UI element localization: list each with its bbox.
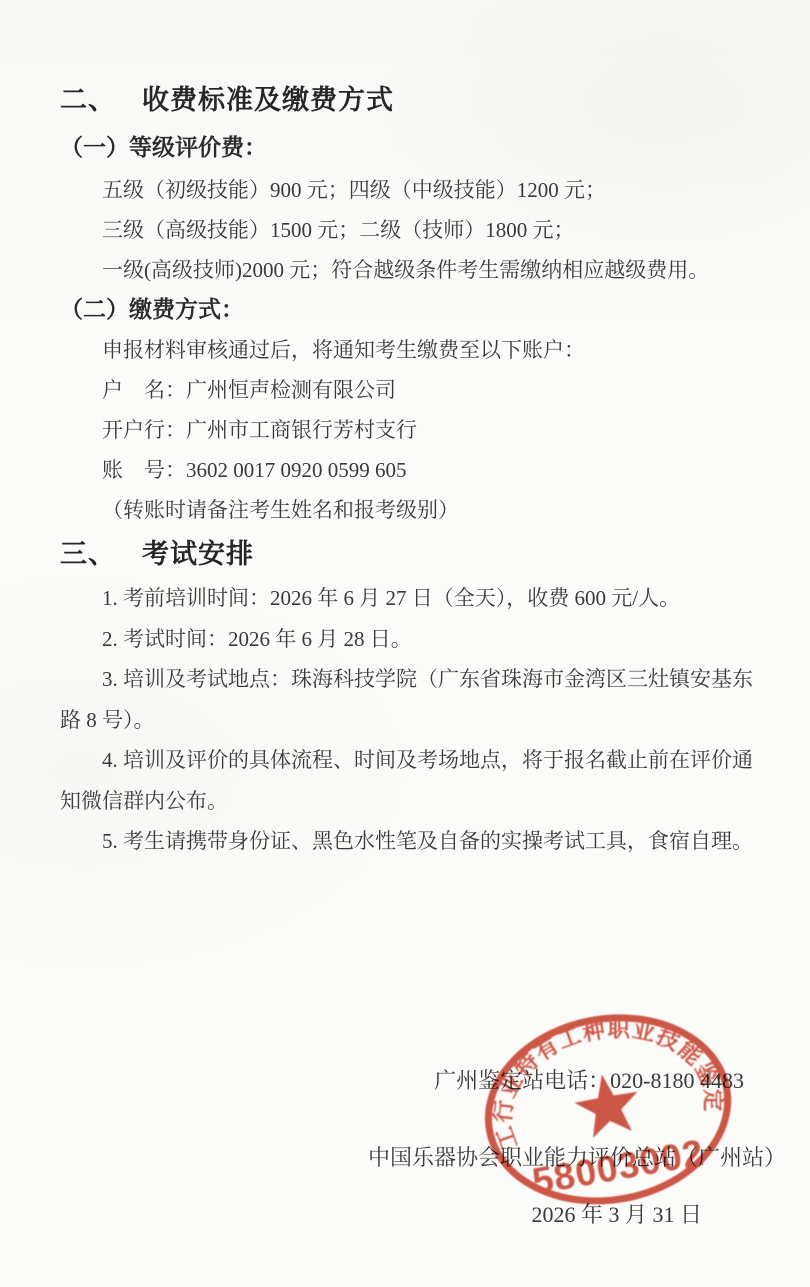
section-fees-title: 收费标准及缴费方式	[142, 85, 394, 115]
grade-fee-subheading: （一）等级评价费：	[60, 132, 760, 164]
bank-line: 开户行：广州市工商银行芳村支行	[60, 410, 760, 450]
footer-date-line: 2026 年 3 月 31 日	[531, 1198, 702, 1229]
seal-ring	[474, 999, 743, 1219]
exam-item-2: 2. 考试时间：2026 年 6 月 28 日。	[60, 619, 760, 660]
section-exam-heading: 三、考试安排	[60, 538, 760, 570]
section-exam-title: 考试安排	[142, 539, 254, 569]
payment-subheading: （二）缴费方式：	[60, 294, 760, 326]
fee-line-level3-2: 三级（高级技能）1500 元；二级（技师）1800 元；	[60, 210, 760, 250]
footer-organization-line: 中国乐器协会职业能力评价总站（广州站）	[368, 1141, 786, 1172]
transfer-note: （转账时请备注考生姓名和报考级别）	[60, 490, 760, 530]
account-name-line: 户 名：广州恒声检测有限公司	[60, 370, 760, 410]
document-body: 二、收费标准及缴费方式 （一）等级评价费： 五级（初级技能）900 元；四级（中…	[60, 84, 760, 862]
exam-item-4: 4. 培训及评价的具体流程、时间及考场地点，将于报名截止前在评价通知微信群内公布…	[60, 740, 760, 821]
exam-item-1: 1. 考前培训时间：2026 年 6 月 27 日（全天），收费 600 元/人…	[60, 578, 760, 619]
document-page: 二、收费标准及缴费方式 （一）等级评价费： 五级（初级技能）900 元；四级（中…	[0, 0, 810, 1287]
account-number-line: 账 号：3602 0017 0920 0599 605	[60, 450, 760, 490]
exam-item-5: 5. 考生请携带身份证、黑色水性笔及自备的实操考试工具，食宿自理。	[60, 821, 760, 862]
fee-line-level1: 一级(高级技师)2000 元；符合越级条件考生需缴纳相应越级费用。	[60, 250, 760, 290]
section-fees-heading: 二、收费标准及缴费方式	[60, 84, 760, 116]
section-fees-number: 二、	[60, 84, 116, 116]
payment-intro: 申报材料审核通过后，将通知考生缴费至以下账户：	[60, 330, 760, 370]
footer-phone-line: 广州鉴定站电话：020-8180 4483	[434, 1064, 744, 1095]
fee-line-level5-4: 五级（初级技能）900 元；四级（中级技能）1200 元；	[60, 170, 760, 210]
exam-item-3: 3. 培训及考试地点：珠海科技学院（广东省珠海市金湾区三灶镇安基东路 8 号）。	[60, 659, 760, 740]
section-exam-number: 三、	[60, 538, 116, 570]
